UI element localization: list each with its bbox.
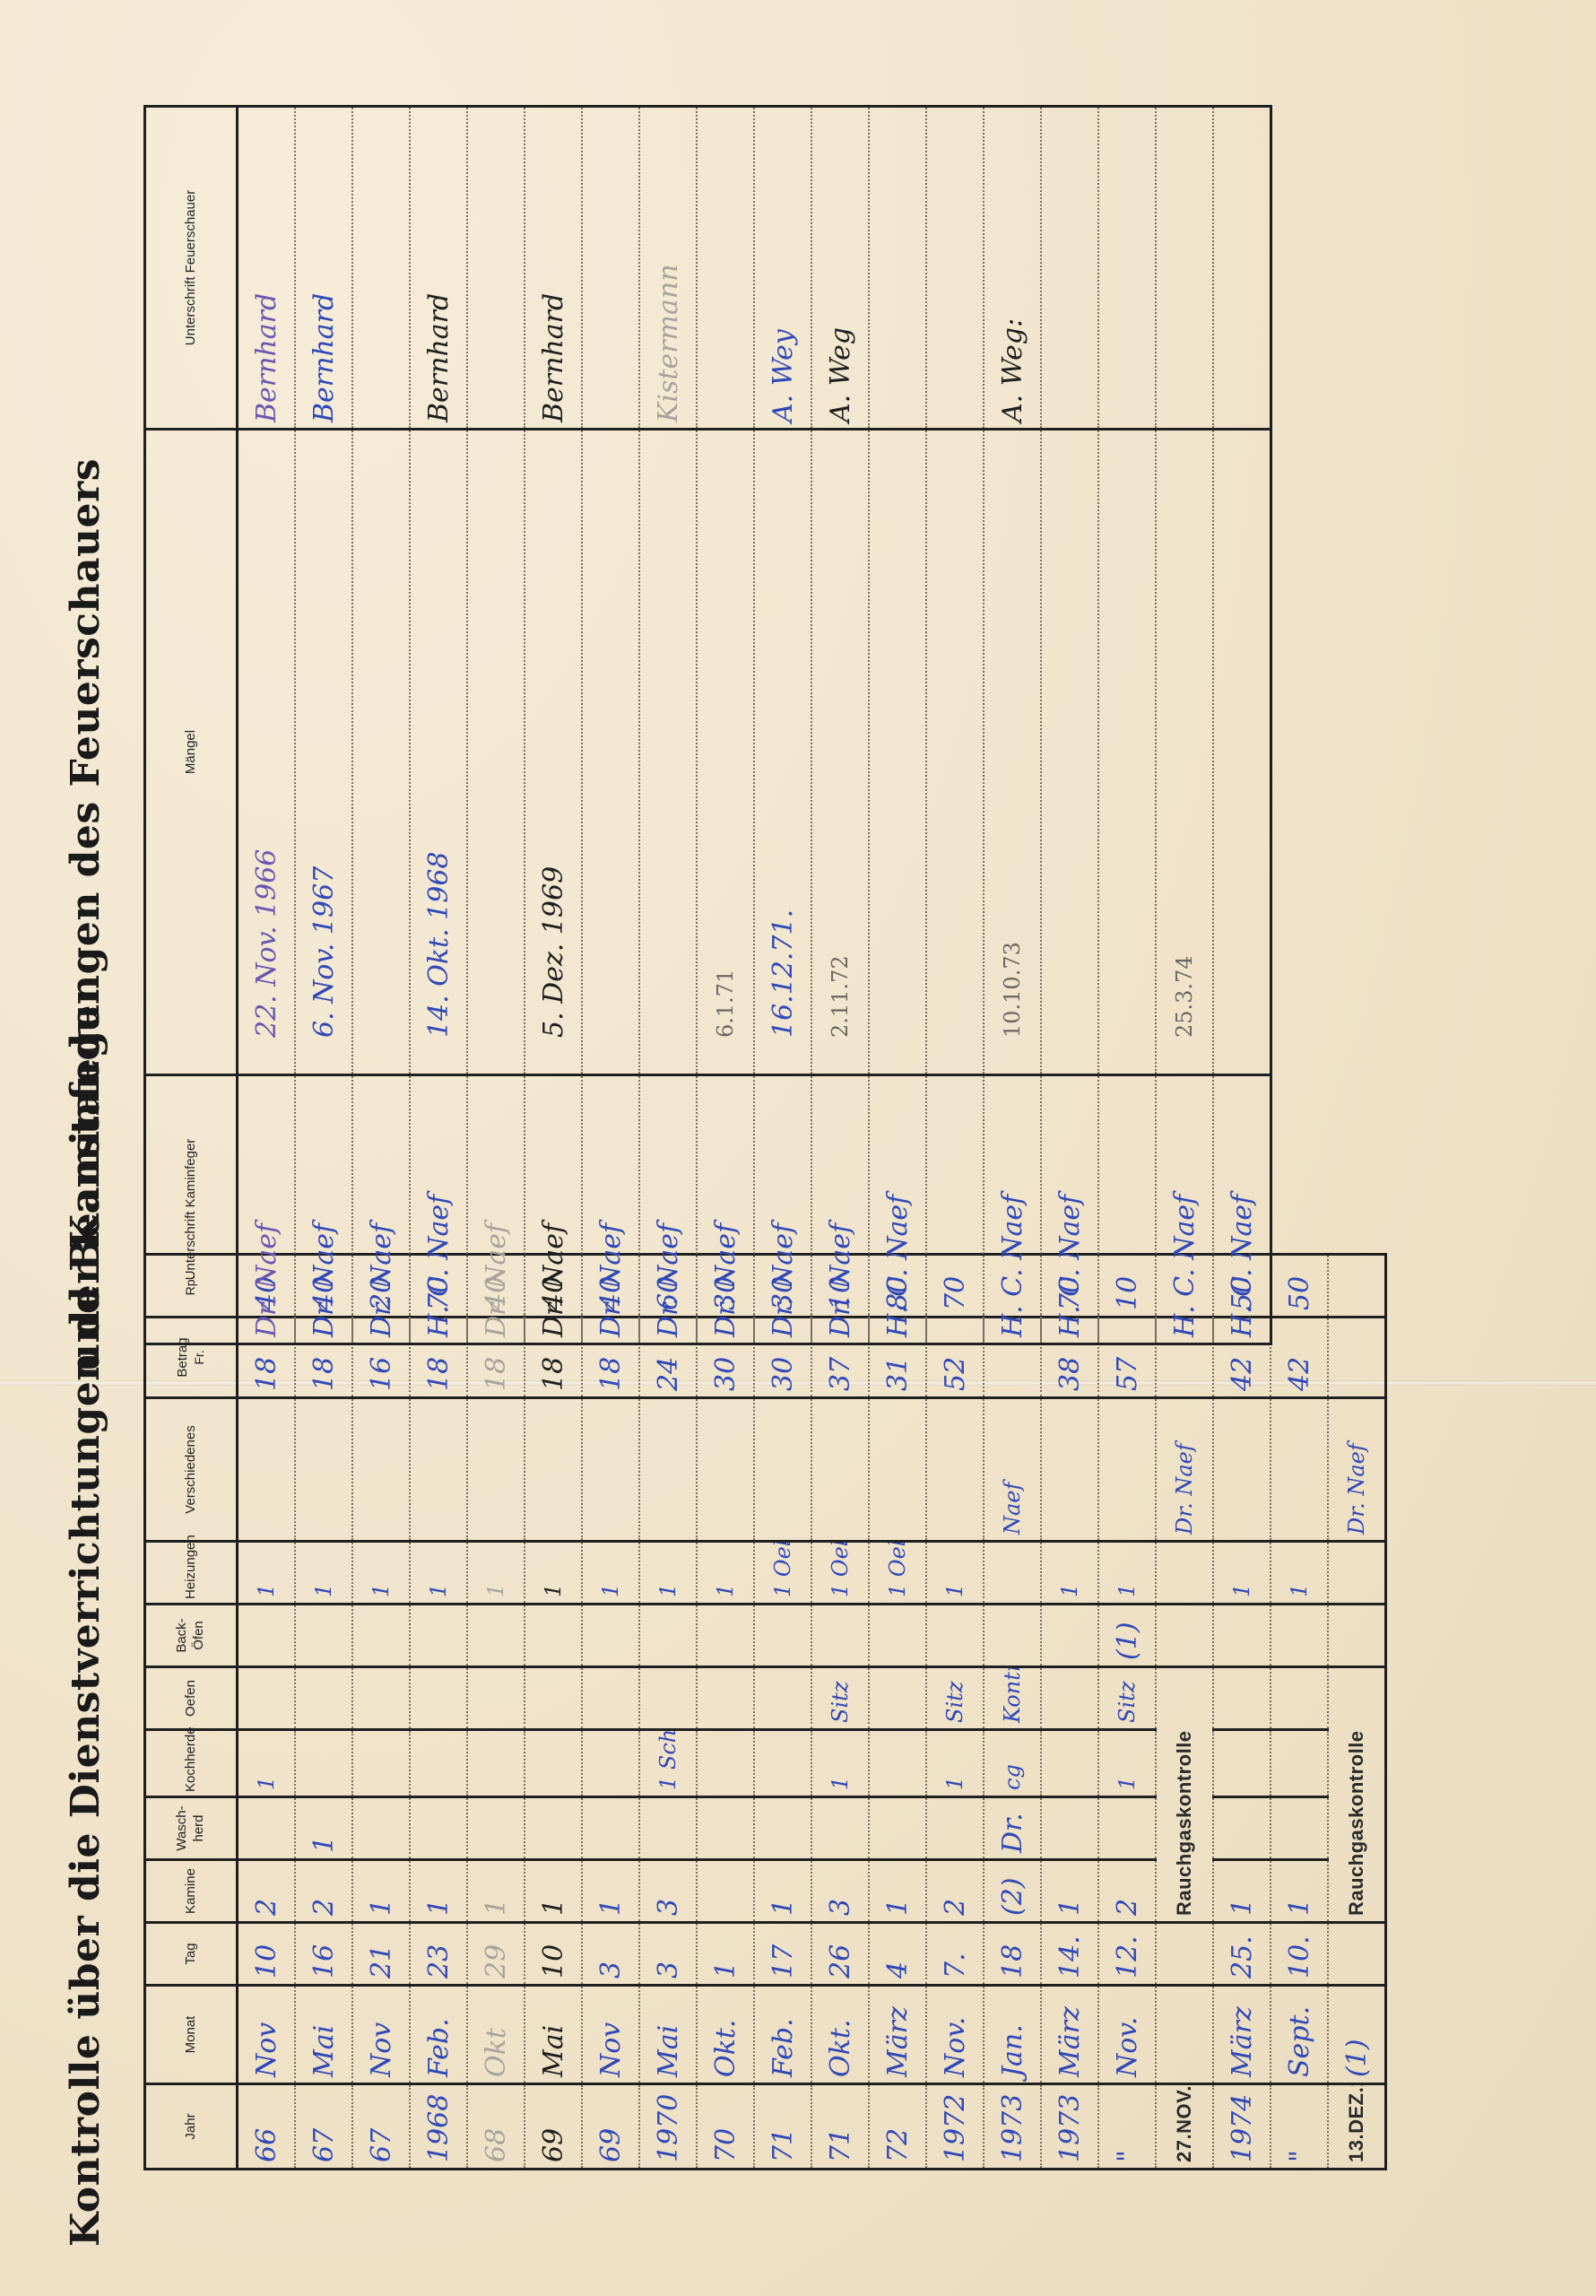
table-row: [1098, 107, 1156, 1344]
cell-tag: 21: [352, 1923, 410, 1986]
cell-kochherde: [525, 1730, 582, 1797]
col-verschiedenes: Verschiedenes: [145, 1398, 238, 1542]
signature-feuerschauer: [926, 107, 984, 430]
cell-kochherde: 1: [926, 1730, 984, 1797]
form-title-right: und Beanstandungen des Feuerschauers: [63, 458, 108, 1372]
cell-oefen: [1271, 1667, 1328, 1730]
cell-backoefen: [1156, 1605, 1213, 1667]
table-row: 1968Feb.23111870: [410, 1255, 467, 2170]
cell-kochherde: [1271, 1730, 1328, 1797]
cell-heizungen: [1156, 1542, 1213, 1605]
rauchgaskontrolle-stamp: Rauchgaskontrolle: [1156, 1667, 1213, 1923]
col-waschherd: Wasch-herd: [145, 1797, 238, 1860]
cell-tag: [1156, 1923, 1213, 1986]
cell-backoefen: [582, 1605, 639, 1667]
signature-kaminfeger: H. C. Naef: [869, 1075, 926, 1344]
cell-oefen: Sitz: [811, 1667, 869, 1730]
cell-maengel: [639, 430, 697, 1075]
cell-kochherde: [410, 1730, 467, 1797]
cell-backoefen: [984, 1605, 1041, 1667]
table-row: 67Nov21111620: [352, 1255, 410, 2170]
cell-jahr: 66: [238, 2084, 296, 2170]
cell-oefen: [869, 1667, 926, 1730]
cell-jahr: 27.NOV.1973: [1156, 2084, 1213, 2170]
table-row: 66Nov102111840: [238, 1255, 296, 2170]
cell-backoefen: [525, 1605, 582, 1667]
cell-waschherd: [1213, 1797, 1271, 1860]
cell-tag: 7.: [926, 1923, 984, 1986]
cell-jahr: 67: [295, 2084, 352, 2170]
cell-backoefen: [352, 1605, 410, 1667]
table-row: H. C. Naef: [1213, 107, 1271, 1344]
cell-jahr: 13.DEZ.1974: [1328, 2084, 1386, 2170]
cell-oefen: [697, 1667, 754, 1730]
cell-heizungen: 1: [1098, 1542, 1156, 1605]
col-kamine: Kamine: [145, 1860, 238, 1923]
cell-maengel: 14. Okt. 1968: [410, 430, 467, 1075]
cell-maengel: [1041, 430, 1098, 1075]
cell-oefen: [525, 1667, 582, 1730]
signature-feuerschauer: Bernhard: [410, 107, 467, 430]
cell-jahr: 69: [525, 2084, 582, 2170]
signature-kaminfeger: Dr. Naef: [352, 1075, 410, 1344]
cell-oefen: Sitz: [926, 1667, 984, 1730]
cell-kochherde: [467, 1730, 525, 1797]
cell-kamine: 1: [582, 1860, 639, 1923]
cell-oefen: [467, 1667, 525, 1730]
cell-verschiedenes: [1098, 1398, 1156, 1542]
cell-kochherde: 1 Sch: [639, 1730, 697, 1797]
cell-backoefen: [1271, 1605, 1328, 1667]
table-row: H. C. Naef: [869, 107, 926, 1344]
cell-maengel: [926, 430, 984, 1075]
col-kochherde: Kochherde: [145, 1730, 238, 1797]
inspector-remarks-table: Unterschrift Kaminfeger Mängel Unterschr…: [143, 105, 1272, 1345]
cell-maengel: 10.10.73: [984, 430, 1041, 1075]
table-row: 69Nov3111840: [582, 1255, 639, 2170]
table-row: Dr. Naef: [352, 107, 410, 1344]
cell-kochherde: [754, 1730, 811, 1797]
cell-kamine: 1: [1213, 1860, 1271, 1923]
cell-maengel: 25.3.74: [1156, 430, 1213, 1075]
signature-kaminfeger: Dr. Naef: [295, 1075, 352, 1344]
table-row: Dr. Naef16.12.71.A. Wey: [754, 107, 811, 1344]
cell-jahr: 1970: [639, 2084, 697, 2170]
cell-tag: 26: [811, 1923, 869, 1986]
cell-waschherd: [869, 1797, 926, 1860]
table-row: 69Mai10111840: [525, 1255, 582, 2170]
cell-monat: [1156, 1986, 1213, 2084]
signature-feuerschauer: [1041, 107, 1098, 430]
cell-jahr: 1972: [926, 2084, 984, 2170]
cell-verschiedenes: [869, 1398, 926, 1542]
cell-heizungen: 1 Oel: [754, 1542, 811, 1605]
table-row: 1973Jan.18(2)Dr.cgKontrolleNaef: [984, 1255, 1041, 2170]
cell-kamine: 1: [1041, 1860, 1098, 1923]
cell-backoefen: [1328, 1605, 1386, 1667]
cell-tag: 18: [984, 1923, 1041, 1986]
cell-tag: 17: [754, 1923, 811, 1986]
cell-verschiedenes: [525, 1398, 582, 1542]
cell-heizungen: 1: [1041, 1542, 1098, 1605]
cell-oefen: Kontrolle: [984, 1667, 1041, 1730]
col-backoefen: Back-Öfen: [145, 1605, 238, 1667]
signature-kaminfeger: [1098, 1075, 1156, 1344]
cell-monat: März: [869, 1986, 926, 2084]
cell-kochherde: 1: [811, 1730, 869, 1797]
cell-tag: [1328, 1923, 1386, 1986]
signature-feuerschauer: [352, 107, 410, 430]
cell-waschherd: [1041, 1797, 1098, 1860]
cell-monat: Mai: [639, 1986, 697, 2084]
cell-kochherde: [582, 1730, 639, 1797]
cell-tag: 10: [525, 1923, 582, 1986]
cell-monat: Jan.: [984, 1986, 1041, 2084]
left-table-body: 66Nov10211184067Mai16211184067Nov2111162…: [238, 1255, 1386, 2170]
cell-tag: 4: [869, 1923, 926, 1986]
signature-kaminfeger: Dr. Naef: [525, 1075, 582, 1344]
table-row: Dr. Naef22. Nov. 1966Bernhard: [238, 107, 296, 1344]
cell-backoefen: [1213, 1605, 1271, 1667]
signature-feuerschauer: A. Weg:: [984, 107, 1041, 430]
cell-kochherde: 1: [1098, 1730, 1156, 1797]
cell-oefen: [352, 1667, 410, 1730]
cell-waschherd: [639, 1797, 697, 1860]
signature-kaminfeger: Dr. Naef: [754, 1075, 811, 1344]
cell-tag: 25.: [1213, 1923, 1271, 1986]
cell-verschiedenes: Dr. Naef: [1328, 1398, 1386, 1542]
cell-jahr: ": [1098, 2084, 1156, 2170]
cell-kamine: 3: [639, 1860, 697, 1923]
cell-monat: März: [1213, 1986, 1271, 2084]
cell-jahr: 1974: [1213, 2084, 1271, 2170]
cell-kamine: 1: [754, 1860, 811, 1923]
signature-kaminfeger: Dr. Naef: [238, 1075, 296, 1344]
cell-backoefen: [754, 1605, 811, 1667]
cell-jahr: ": [1271, 2084, 1328, 2170]
cell-kamine: (2): [984, 1860, 1041, 1923]
cell-backoefen: [1041, 1605, 1098, 1667]
cell-jahr: 68: [467, 2084, 525, 2170]
cell-waschherd: 1: [295, 1797, 352, 1860]
cell-oefen: [238, 1667, 296, 1730]
cell-verschiedenes: [1041, 1398, 1098, 1542]
cell-oefen: [1213, 1667, 1271, 1730]
cell-jahr: 70: [697, 2084, 754, 2170]
signature-feuerschauer: [869, 107, 926, 430]
cell-waschherd: [926, 1797, 984, 1860]
cell-verschiedenes: [352, 1398, 410, 1542]
signature-feuerschauer: [582, 107, 639, 430]
cell-monat: (1): [1328, 1986, 1386, 2084]
cell-tag: 16: [295, 1923, 352, 1986]
rauchgaskontrolle-stamp: Rauchgaskontrolle: [1328, 1667, 1386, 1923]
signature-feuerschauer: [1213, 107, 1271, 430]
cell-kamine: 1: [467, 1860, 525, 1923]
table-row: 71Okt.2631Sitz1 Oel3710: [811, 1255, 869, 2170]
cell-jahr: 67: [352, 2084, 410, 2170]
cell-kochherde: [1041, 1730, 1098, 1797]
cell-backoefen: [639, 1605, 697, 1667]
cell-heizungen: 1: [410, 1542, 467, 1605]
cell-oefen: [639, 1667, 697, 1730]
cell-heizungen: [1328, 1542, 1386, 1605]
cell-jahr: 1968: [410, 2084, 467, 2170]
cell-heizungen: 1: [639, 1542, 697, 1605]
cell-tag: 3: [639, 1923, 697, 1986]
cell-tag: 23: [410, 1923, 467, 1986]
cell-monat: Mai: [525, 1986, 582, 2084]
signature-kaminfeger: [926, 1075, 984, 1344]
cell-kochherde: [352, 1730, 410, 1797]
cell-monat: Okt.: [811, 1986, 869, 2084]
cell-jahr: 72: [869, 2084, 926, 2170]
cell-maengel: [467, 430, 525, 1075]
cell-kochherde: 1: [238, 1730, 296, 1797]
cell-maengel: 22. Nov. 1966: [238, 430, 296, 1075]
signature-kaminfeger: Dr. Naef: [467, 1075, 525, 1344]
cell-jahr: 71: [754, 2084, 811, 2170]
cell-heizungen: 1: [525, 1542, 582, 1605]
table-row: H. C. Naef: [1041, 107, 1098, 1344]
table-row: Dr. Naef6.1.71: [697, 107, 754, 1344]
cell-verschiedenes: [811, 1398, 869, 1542]
cell-monat: Feb.: [754, 1986, 811, 2084]
cell-kamine: 2: [238, 1860, 296, 1923]
table-row: 1970Mai331 Sch12460: [639, 1255, 697, 2170]
header-row: Jahr Monat Tag Kamine Wasch-herd Kochher…: [145, 1255, 238, 2170]
signature-kaminfeger: Dr. Naef: [811, 1075, 869, 1344]
table-row: 68Okt29111840: [467, 1255, 525, 2170]
cell-kochherde: [1213, 1730, 1271, 1797]
cell-heizungen: 1: [582, 1542, 639, 1605]
cell-heizungen: 1 Oel: [811, 1542, 869, 1605]
table-row: H. C. Naef10.10.73A. Weg:: [984, 107, 1041, 1344]
cell-fr: 42: [1271, 1318, 1328, 1398]
table-row: "Sept.10.114250: [1271, 1255, 1328, 2170]
cell-backoefen: [410, 1605, 467, 1667]
cell-waschherd: [1271, 1797, 1328, 1860]
cell-maengel: 2.11.72: [811, 430, 869, 1075]
cell-oefen: [410, 1667, 467, 1730]
table-row: Dr. Naef6. Nov. 1967Bernhard: [295, 107, 352, 1344]
cell-waschherd: [582, 1797, 639, 1860]
cell-oefen: [754, 1667, 811, 1730]
cell-jahr: 71: [811, 2084, 869, 2170]
cell-heizungen: 1: [352, 1542, 410, 1605]
scanned-page: Kontrolle über die Dienstverrichtungen d…: [0, 0, 1596, 2296]
cell-maengel: 6. Nov. 1967: [295, 430, 352, 1075]
cell-maengel: 6.1.71: [697, 430, 754, 1075]
signature-kaminfeger: H. C. Naef: [984, 1075, 1041, 1344]
form-sheet: Kontrolle über die Dienstverrichtungen d…: [0, 0, 1596, 2296]
signature-feuerschauer: [697, 107, 754, 430]
cell-verschiedenes: [1213, 1398, 1271, 1542]
cell-kamine: 1: [869, 1860, 926, 1923]
table-row: [926, 107, 984, 1344]
cell-rp: 50: [1271, 1255, 1328, 1318]
table-row: Dr. Naef: [467, 107, 525, 1344]
table-row: H. C. Naef25.3.74: [1156, 107, 1213, 1344]
cell-backoefen: [697, 1605, 754, 1667]
col-unterschrift-kaminfeger: Unterschrift Kaminfeger: [145, 1075, 238, 1344]
cell-tag: 1: [697, 1923, 754, 1986]
cell-waschherd: Dr.: [984, 1797, 1041, 1860]
cell-kamine: 1: [352, 1860, 410, 1923]
cell-monat: Feb.: [410, 1986, 467, 2084]
cell-backoefen: [467, 1605, 525, 1667]
col-monat: Monat: [145, 1986, 238, 2084]
cell-waschherd: [238, 1797, 296, 1860]
cell-kamine: [697, 1860, 754, 1923]
cell-monat: Okt: [467, 1986, 525, 2084]
signature-kaminfeger: H. C. Naef: [1156, 1075, 1213, 1344]
cell-maengel: 16.12.71.: [754, 430, 811, 1075]
signature-feuerschauer: Bernhard: [238, 107, 296, 430]
cell-kochherde: [295, 1730, 352, 1797]
table-row: 72März411 Oel3180: [869, 1255, 926, 2170]
cell-waschherd: [811, 1797, 869, 1860]
table-row: 27.NOV.1973RauchgaskontrolleDr. Naef: [1156, 1255, 1213, 2170]
signature-feuerschauer: [1156, 107, 1213, 430]
cell-heizungen: 1: [1271, 1542, 1328, 1605]
cell-monat: Nov.: [926, 1986, 984, 2084]
signature-kaminfeger: Dr. Naef: [697, 1075, 754, 1344]
cell-kamine: 1: [1271, 1860, 1328, 1923]
cell-heizungen: 1: [238, 1542, 296, 1605]
cell-kochherde: cg: [984, 1730, 1041, 1797]
cell-waschherd: [525, 1797, 582, 1860]
table-row: "Nov.12.21Sitz(1)15710: [1098, 1255, 1156, 2170]
table-row: 67Mai162111840: [295, 1255, 352, 2170]
cell-heizungen: [984, 1542, 1041, 1605]
signature-feuerschauer: [467, 107, 525, 430]
cell-maengel: 5. Dez. 1969: [525, 430, 582, 1075]
cell-tag: 3: [582, 1923, 639, 1986]
signature-feuerschauer: Bernhard: [525, 107, 582, 430]
signature-kaminfeger: H. C. Naef: [1213, 1075, 1271, 1344]
signature-kaminfeger: H. C. Naef: [410, 1075, 467, 1344]
table-row: 1973März14.113870: [1041, 1255, 1098, 2170]
cell-maengel: [1098, 430, 1156, 1075]
signature-feuerschauer: Kistermann: [639, 107, 697, 430]
cell-oefen: [1041, 1667, 1098, 1730]
cell-kochherde: [869, 1730, 926, 1797]
cell-monat: März: [1041, 1986, 1098, 2084]
cell-backoefen: [238, 1605, 296, 1667]
cell-monat: Nov: [238, 1986, 296, 2084]
cell-backoefen: (1): [1098, 1605, 1156, 1667]
signature-feuerschauer: Bernhard: [295, 107, 352, 430]
cell-verschiedenes: [697, 1398, 754, 1542]
cell-verschiedenes: [410, 1398, 467, 1542]
cell-kochherde: [697, 1730, 754, 1797]
header-row: Unterschrift Kaminfeger Mängel Unterschr…: [145, 107, 238, 1344]
signature-kaminfeger: Dr. Naef: [582, 1075, 639, 1344]
cell-monat: Mai: [295, 1986, 352, 2084]
cell-maengel: [582, 430, 639, 1075]
right-table-body: Dr. Naef22. Nov. 1966BernhardDr. Naef6. …: [238, 107, 1271, 1344]
cell-tag: 14.: [1041, 1923, 1098, 1986]
signature-feuerschauer: [1098, 107, 1156, 430]
col-heizungen: Heizungen: [145, 1542, 238, 1605]
cell-kamine: 3: [811, 1860, 869, 1923]
signature-kaminfeger: Dr. Naef: [639, 1075, 697, 1344]
cell-backoefen: [811, 1605, 869, 1667]
table-row: Dr. NaefKistermann: [639, 107, 697, 1344]
cell-tag: 29: [467, 1923, 525, 1986]
signature-feuerschauer: A. Weg: [811, 107, 869, 430]
cell-verschiedenes: [639, 1398, 697, 1542]
cell-waschherd: [410, 1797, 467, 1860]
cell-heizungen: 1: [697, 1542, 754, 1605]
table-row: H. C. Naef14. Okt. 1968Bernhard: [410, 107, 467, 1344]
chimney-sweep-log-table: Jahr Monat Tag Kamine Wasch-herd Kochher…: [143, 1253, 1387, 2170]
cell-waschherd: [352, 1797, 410, 1860]
cell-heizungen: 1: [926, 1542, 984, 1605]
cell-heizungen: 1: [1213, 1542, 1271, 1605]
cell-heizungen: 1: [467, 1542, 525, 1605]
signature-feuerschauer: A. Wey: [754, 107, 811, 430]
cell-maengel: [352, 430, 410, 1075]
cell-kamine: 2: [926, 1860, 984, 1923]
cell-verschiedenes: [295, 1398, 352, 1542]
cell-maengel: [869, 430, 926, 1075]
cell-monat: Sept.: [1271, 1986, 1328, 2084]
table-row: 13.DEZ.1974(1)RauchgaskontrolleDr. Naef: [1328, 1255, 1386, 2170]
cell-waschherd: [754, 1797, 811, 1860]
cell-maengel: [1213, 430, 1271, 1075]
cell-tag: 10.: [1271, 1923, 1328, 1986]
cell-jahr: 1973: [1041, 2084, 1098, 2170]
col-tag: Tag: [145, 1923, 238, 1986]
cell-oefen: [582, 1667, 639, 1730]
col-maengel: Mängel: [145, 430, 238, 1075]
table-row: Dr. Naef2.11.72A. Weg: [811, 107, 869, 1344]
cell-verschiedenes: Dr. Naef: [1156, 1398, 1213, 1542]
cell-kamine: 2: [295, 1860, 352, 1923]
col-jahr: Jahr: [145, 2084, 238, 2170]
cell-heizungen: 1 Oel: [869, 1542, 926, 1605]
cell-verschiedenes: [582, 1398, 639, 1542]
cell-monat: Okt.: [697, 1986, 754, 2084]
col-oefen: Oefen: [145, 1667, 238, 1730]
table-row: 71Feb.1711 Oel3030: [754, 1255, 811, 2170]
table-row: Dr. Naef: [582, 107, 639, 1344]
cell-verschiedenes: [1271, 1398, 1328, 1542]
cell-heizungen: 1: [295, 1542, 352, 1605]
table-row: 70Okt.113030: [697, 1255, 754, 2170]
cell-waschherd: [467, 1797, 525, 1860]
cell-kamine: 1: [410, 1860, 467, 1923]
cell-rp: [1328, 1255, 1386, 1318]
cell-monat: Nov: [582, 1986, 639, 2084]
cell-verschiedenes: [467, 1398, 525, 1542]
cell-kamine: 1: [525, 1860, 582, 1923]
table-row: 1974März25.114250: [1213, 1255, 1271, 2170]
cell-verschiedenes: [926, 1398, 984, 1542]
cell-tag: 12.: [1098, 1923, 1156, 1986]
cell-waschherd: [697, 1797, 754, 1860]
cell-oefen: [295, 1667, 352, 1730]
cell-tag: 10: [238, 1923, 296, 1986]
table-row: Dr. Naef5. Dez. 1969Bernhard: [525, 107, 582, 1344]
cell-backoefen: [926, 1605, 984, 1667]
cell-kamine: 2: [1098, 1860, 1156, 1923]
cell-verschiedenes: [754, 1398, 811, 1542]
cell-waschherd: [1098, 1797, 1156, 1860]
cell-backoefen: [295, 1605, 352, 1667]
